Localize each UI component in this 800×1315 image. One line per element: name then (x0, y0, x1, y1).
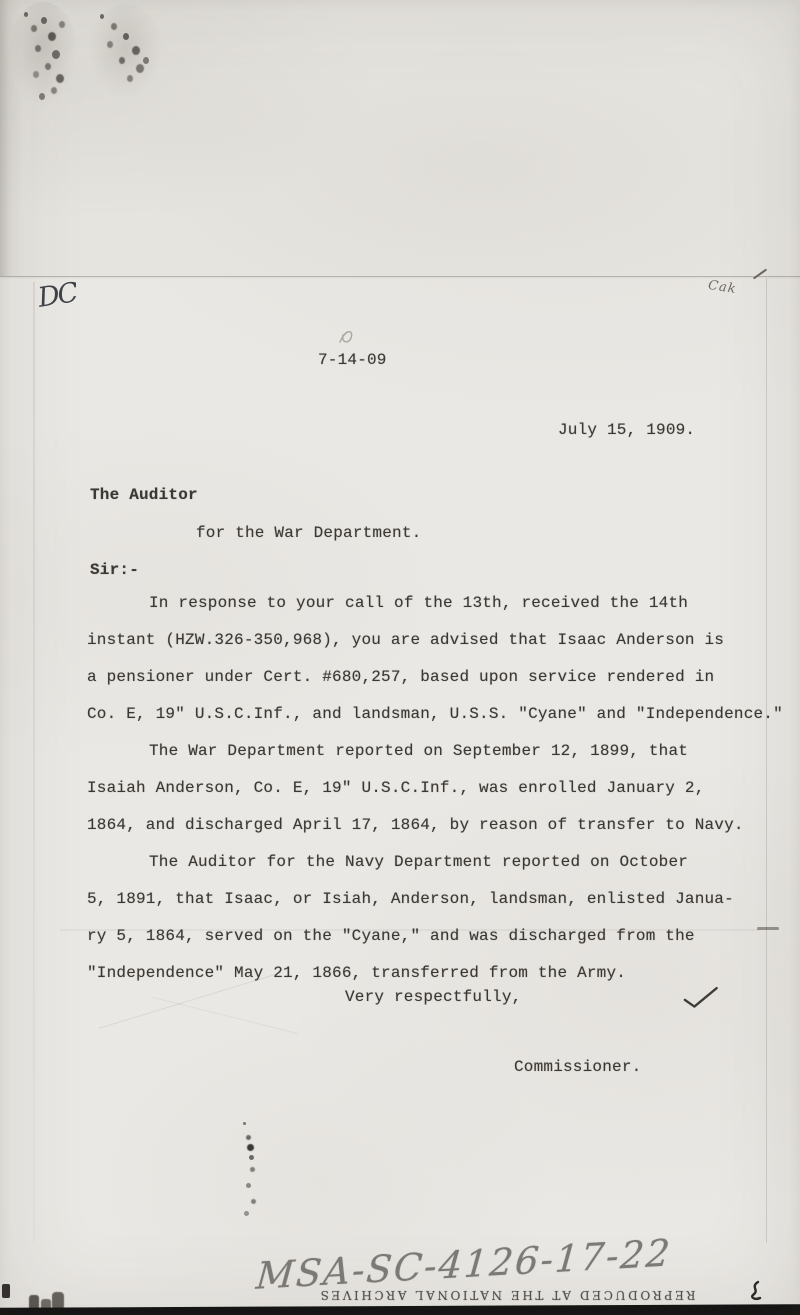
ink-speck-trail (243, 1122, 246, 1125)
body-line: In response to your call of the 13th, re… (87, 594, 777, 631)
national-archives-stamp: REPRODUCED AT THE NATIONAL ARCHIVES (318, 1288, 696, 1302)
body-line: instant (HZW.326-350,968), you are advis… (87, 631, 777, 668)
page-left-edge (33, 282, 35, 1242)
pencil-scribble (336, 324, 358, 346)
paper-crease (152, 997, 298, 1034)
body-line: 5, 1891, that Isaac, or Isiah, Anderson,… (87, 890, 777, 927)
letter-date: July 15, 1909. (558, 421, 695, 440)
checkmark-icon (682, 983, 720, 1013)
body-line: Co. E, 19" U.S.C.Inf., and landsman, U.S… (87, 705, 777, 742)
letter-body: In response to your call of the 13th, re… (87, 594, 777, 1001)
ink-smudge-wash (88, 4, 163, 99)
ink-blob-corner (2, 1284, 10, 1298)
ink-smudge-cluster (24, 12, 28, 17)
recipient-name: The Auditor (90, 486, 198, 505)
handwritten-monogram: DC (36, 277, 79, 314)
closing-phrase: Very respectfully, (345, 988, 521, 1007)
recipient-department: for the War Department. (196, 524, 421, 543)
body-line: ry 5, 1864, served on the "Cyane," and w… (87, 927, 777, 964)
ink-smudge-cluster (100, 14, 104, 19)
body-line: Isaiah Anderson, Co. E, 19" U.S.C.Inf., … (87, 779, 777, 816)
ink-smudge-wash (8, 2, 78, 107)
scanned-letter-page: DC Cak 7-14-09 July 15, 1909. The Audito… (0, 0, 800, 1315)
page-top-edge (0, 276, 800, 277)
file-date-stamp: 7-14-09 (318, 351, 387, 370)
handwritten-initials: Cak (707, 278, 738, 297)
body-line: a pensioner under Cert. #680,257, based … (87, 668, 777, 705)
salutation: Sir:- (90, 561, 139, 580)
scan-edge-bar (0, 1304, 800, 1315)
ink-blob-right (748, 1280, 766, 1302)
body-line: 1864, and discharged April 17, 1864, by … (87, 816, 777, 853)
body-line: The War Department reported on September… (87, 742, 777, 779)
signature-title: Commissioner. (514, 1058, 641, 1077)
body-line: The Auditor for the Navy Department repo… (87, 853, 777, 890)
